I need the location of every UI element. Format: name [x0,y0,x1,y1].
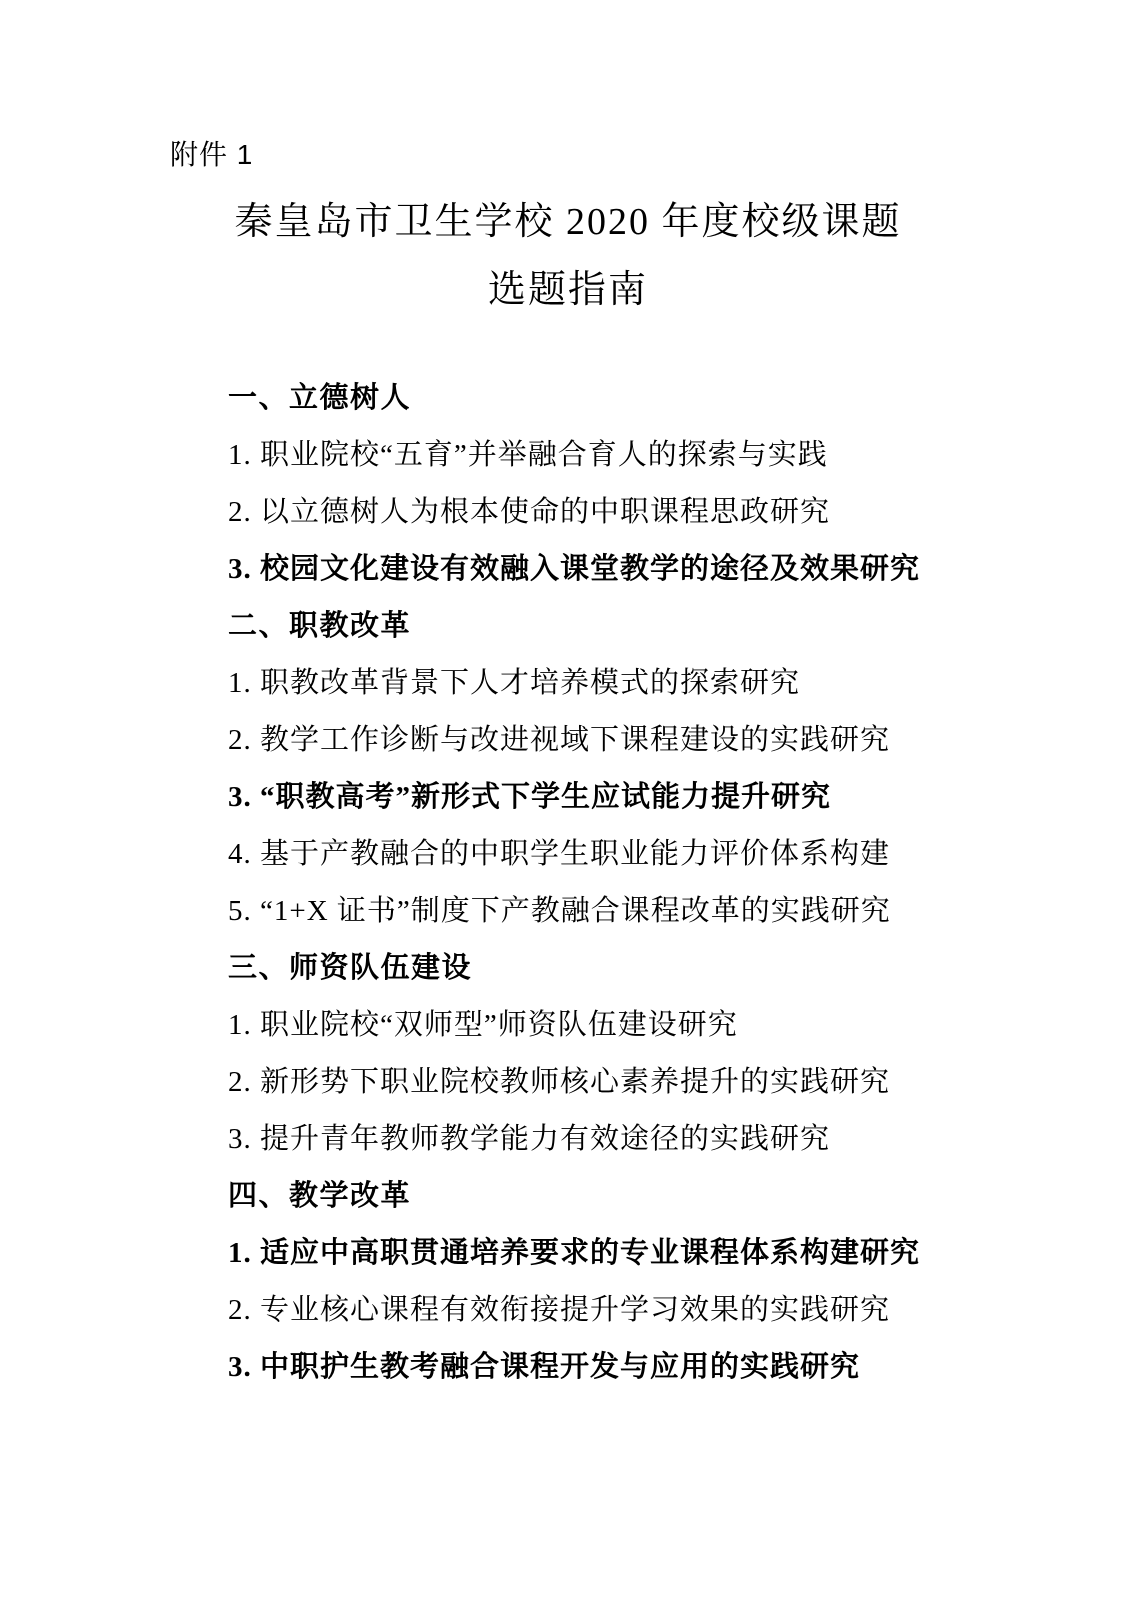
topic-item-4-1: 1. 适应中高职贯通培养要求的专业课程体系构建研究 [228,1225,966,1282]
section-lideshuren: 一、立德树人 1. 职业院校“五育”并举融合育人的探索与实践 2. 以立德树人为… [228,370,966,598]
topic-item-2-3: 3. “职教高考”新形式下学生应试能力提升研究 [228,769,966,826]
section-shizi-duiwu: 三、师资队伍建设 1. 职业院校“双师型”师资队伍建设研究 2. 新形势下职业院… [228,940,966,1168]
title-line-1: 秦皇岛市卫生学校 2020 年度校级课题 [170,188,966,256]
topic-item-1-2: 2. 以立德树人为根本使命的中职课程思政研究 [228,484,966,541]
section-heading-3: 三、师资队伍建设 [228,940,966,997]
topic-item-2-4: 4. 基于产教融合的中职学生职业能力评价体系构建 [228,826,966,883]
topic-item-3-2: 2. 新形势下职业院校教师核心素养提升的实践研究 [228,1054,966,1111]
section-heading-2: 二、职教改革 [228,598,966,655]
topic-item-4-3: 3. 中职护生教考融合课程开发与应用的实践研究 [228,1339,966,1396]
document-body: 一、立德树人 1. 职业院校“五育”并举融合育人的探索与实践 2. 以立德树人为… [228,370,966,1396]
topic-item-3-1: 1. 职业院校“双师型”师资队伍建设研究 [228,997,966,1054]
topic-item-2-2: 2. 教学工作诊断与改进视域下课程建设的实践研究 [228,712,966,769]
topic-item-2-5: 5. “1+X 证书”制度下产教融合课程改革的实践研究 [228,883,966,940]
section-jiaoxuegaige: 四、教学改革 1. 适应中高职贯通培养要求的专业课程体系构建研究 2. 专业核心… [228,1168,966,1396]
document-title: 秦皇岛市卫生学校 2020 年度校级课题 选题指南 [170,188,966,324]
topic-item-1-1: 1. 职业院校“五育”并举融合育人的探索与实践 [228,427,966,484]
topic-item-4-2: 2. 专业核心课程有效衔接提升学习效果的实践研究 [228,1282,966,1339]
section-heading-4: 四、教学改革 [228,1168,966,1225]
title-line-2: 选题指南 [170,256,966,324]
section-heading-1: 一、立德树人 [228,370,966,427]
topic-item-1-3: 3. 校园文化建设有效融入课堂教学的途径及效果研究 [228,541,966,598]
topic-item-2-1: 1. 职教改革背景下人才培养模式的探索研究 [228,655,966,712]
document-page: 附件 1 秦皇岛市卫生学校 2020 年度校级课题 选题指南 一、立德树人 1.… [0,0,1131,1600]
section-zhijiaogaige: 二、职教改革 1. 职教改革背景下人才培养模式的探索研究 2. 教学工作诊断与改… [228,598,966,940]
attachment-label: 附件 1 [170,138,966,172]
topic-item-3-3: 3. 提升青年教师教学能力有效途径的实践研究 [228,1111,966,1168]
